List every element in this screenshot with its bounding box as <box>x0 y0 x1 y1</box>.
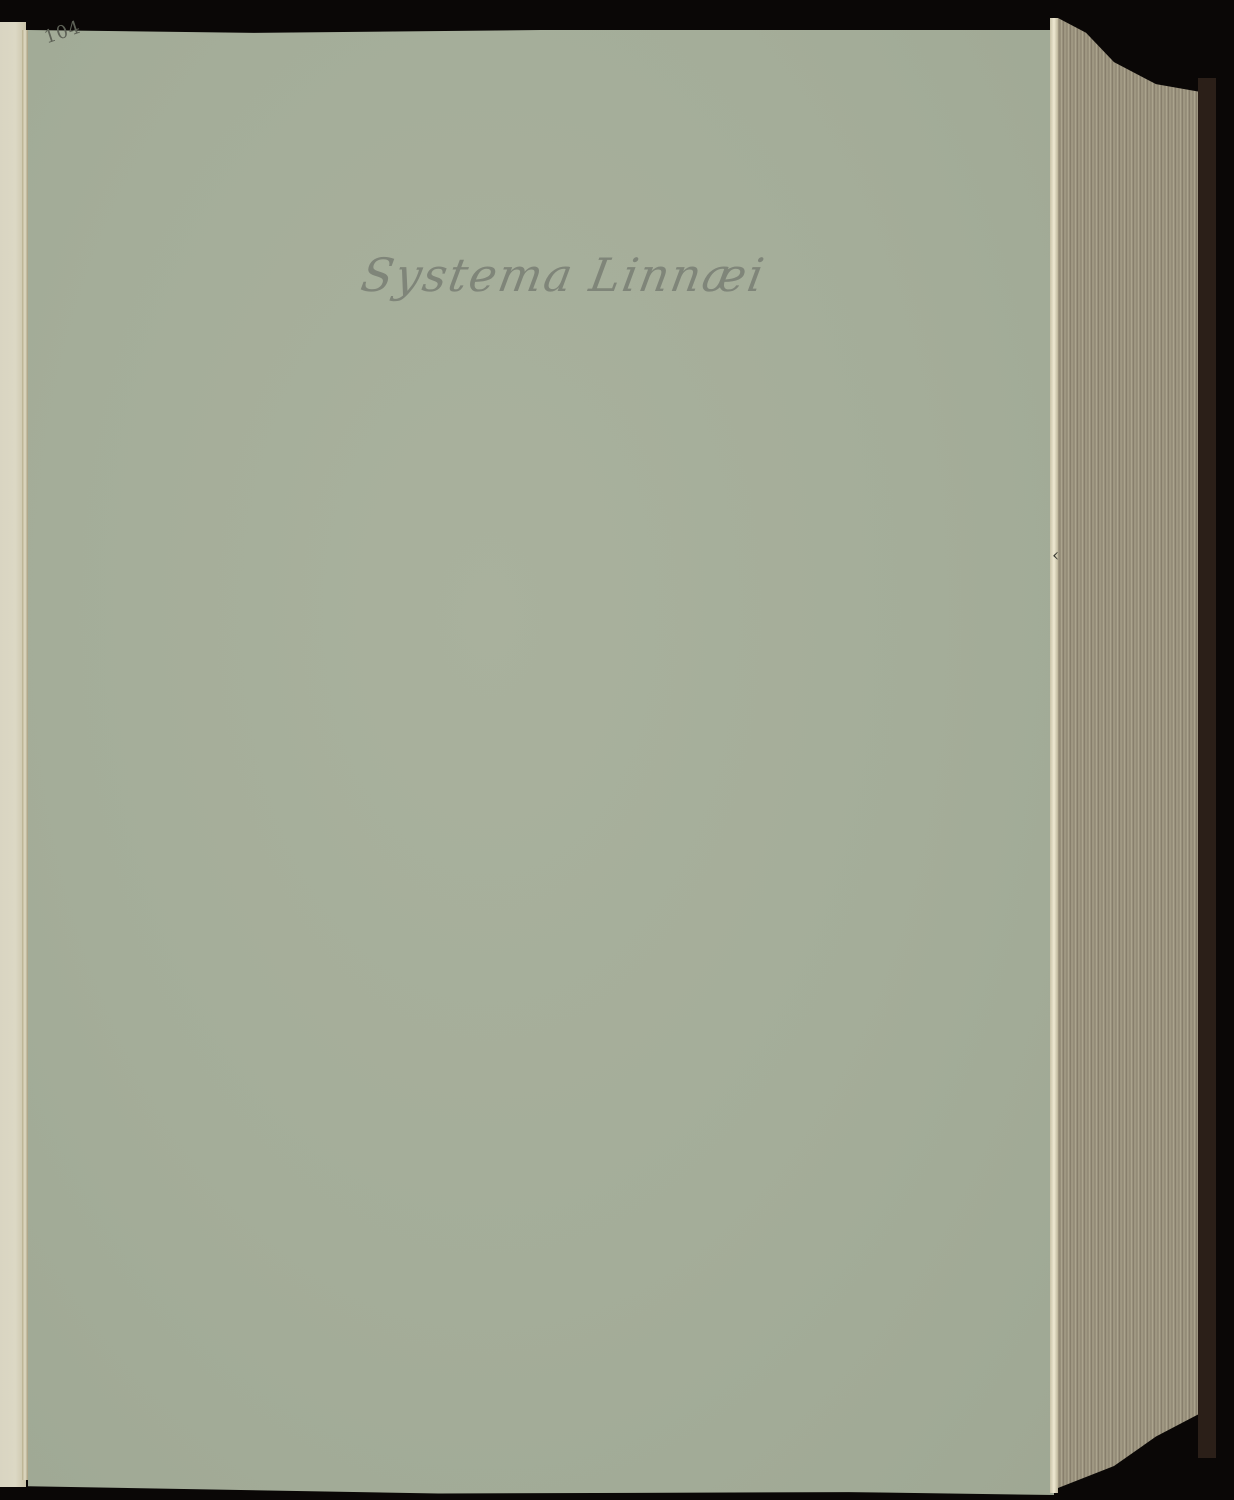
handwritten-title: Systema Linnæi <box>357 248 769 302</box>
gutter <box>22 30 28 1480</box>
book-cover-edge <box>1198 78 1216 1458</box>
fore-edge-stack <box>1058 18 1198 1488</box>
page-edge <box>1050 18 1058 1493</box>
book-scan: 104 Systema Linnæi ‹ <box>0 0 1234 1500</box>
margin-mark: ‹ <box>1052 545 1059 566</box>
